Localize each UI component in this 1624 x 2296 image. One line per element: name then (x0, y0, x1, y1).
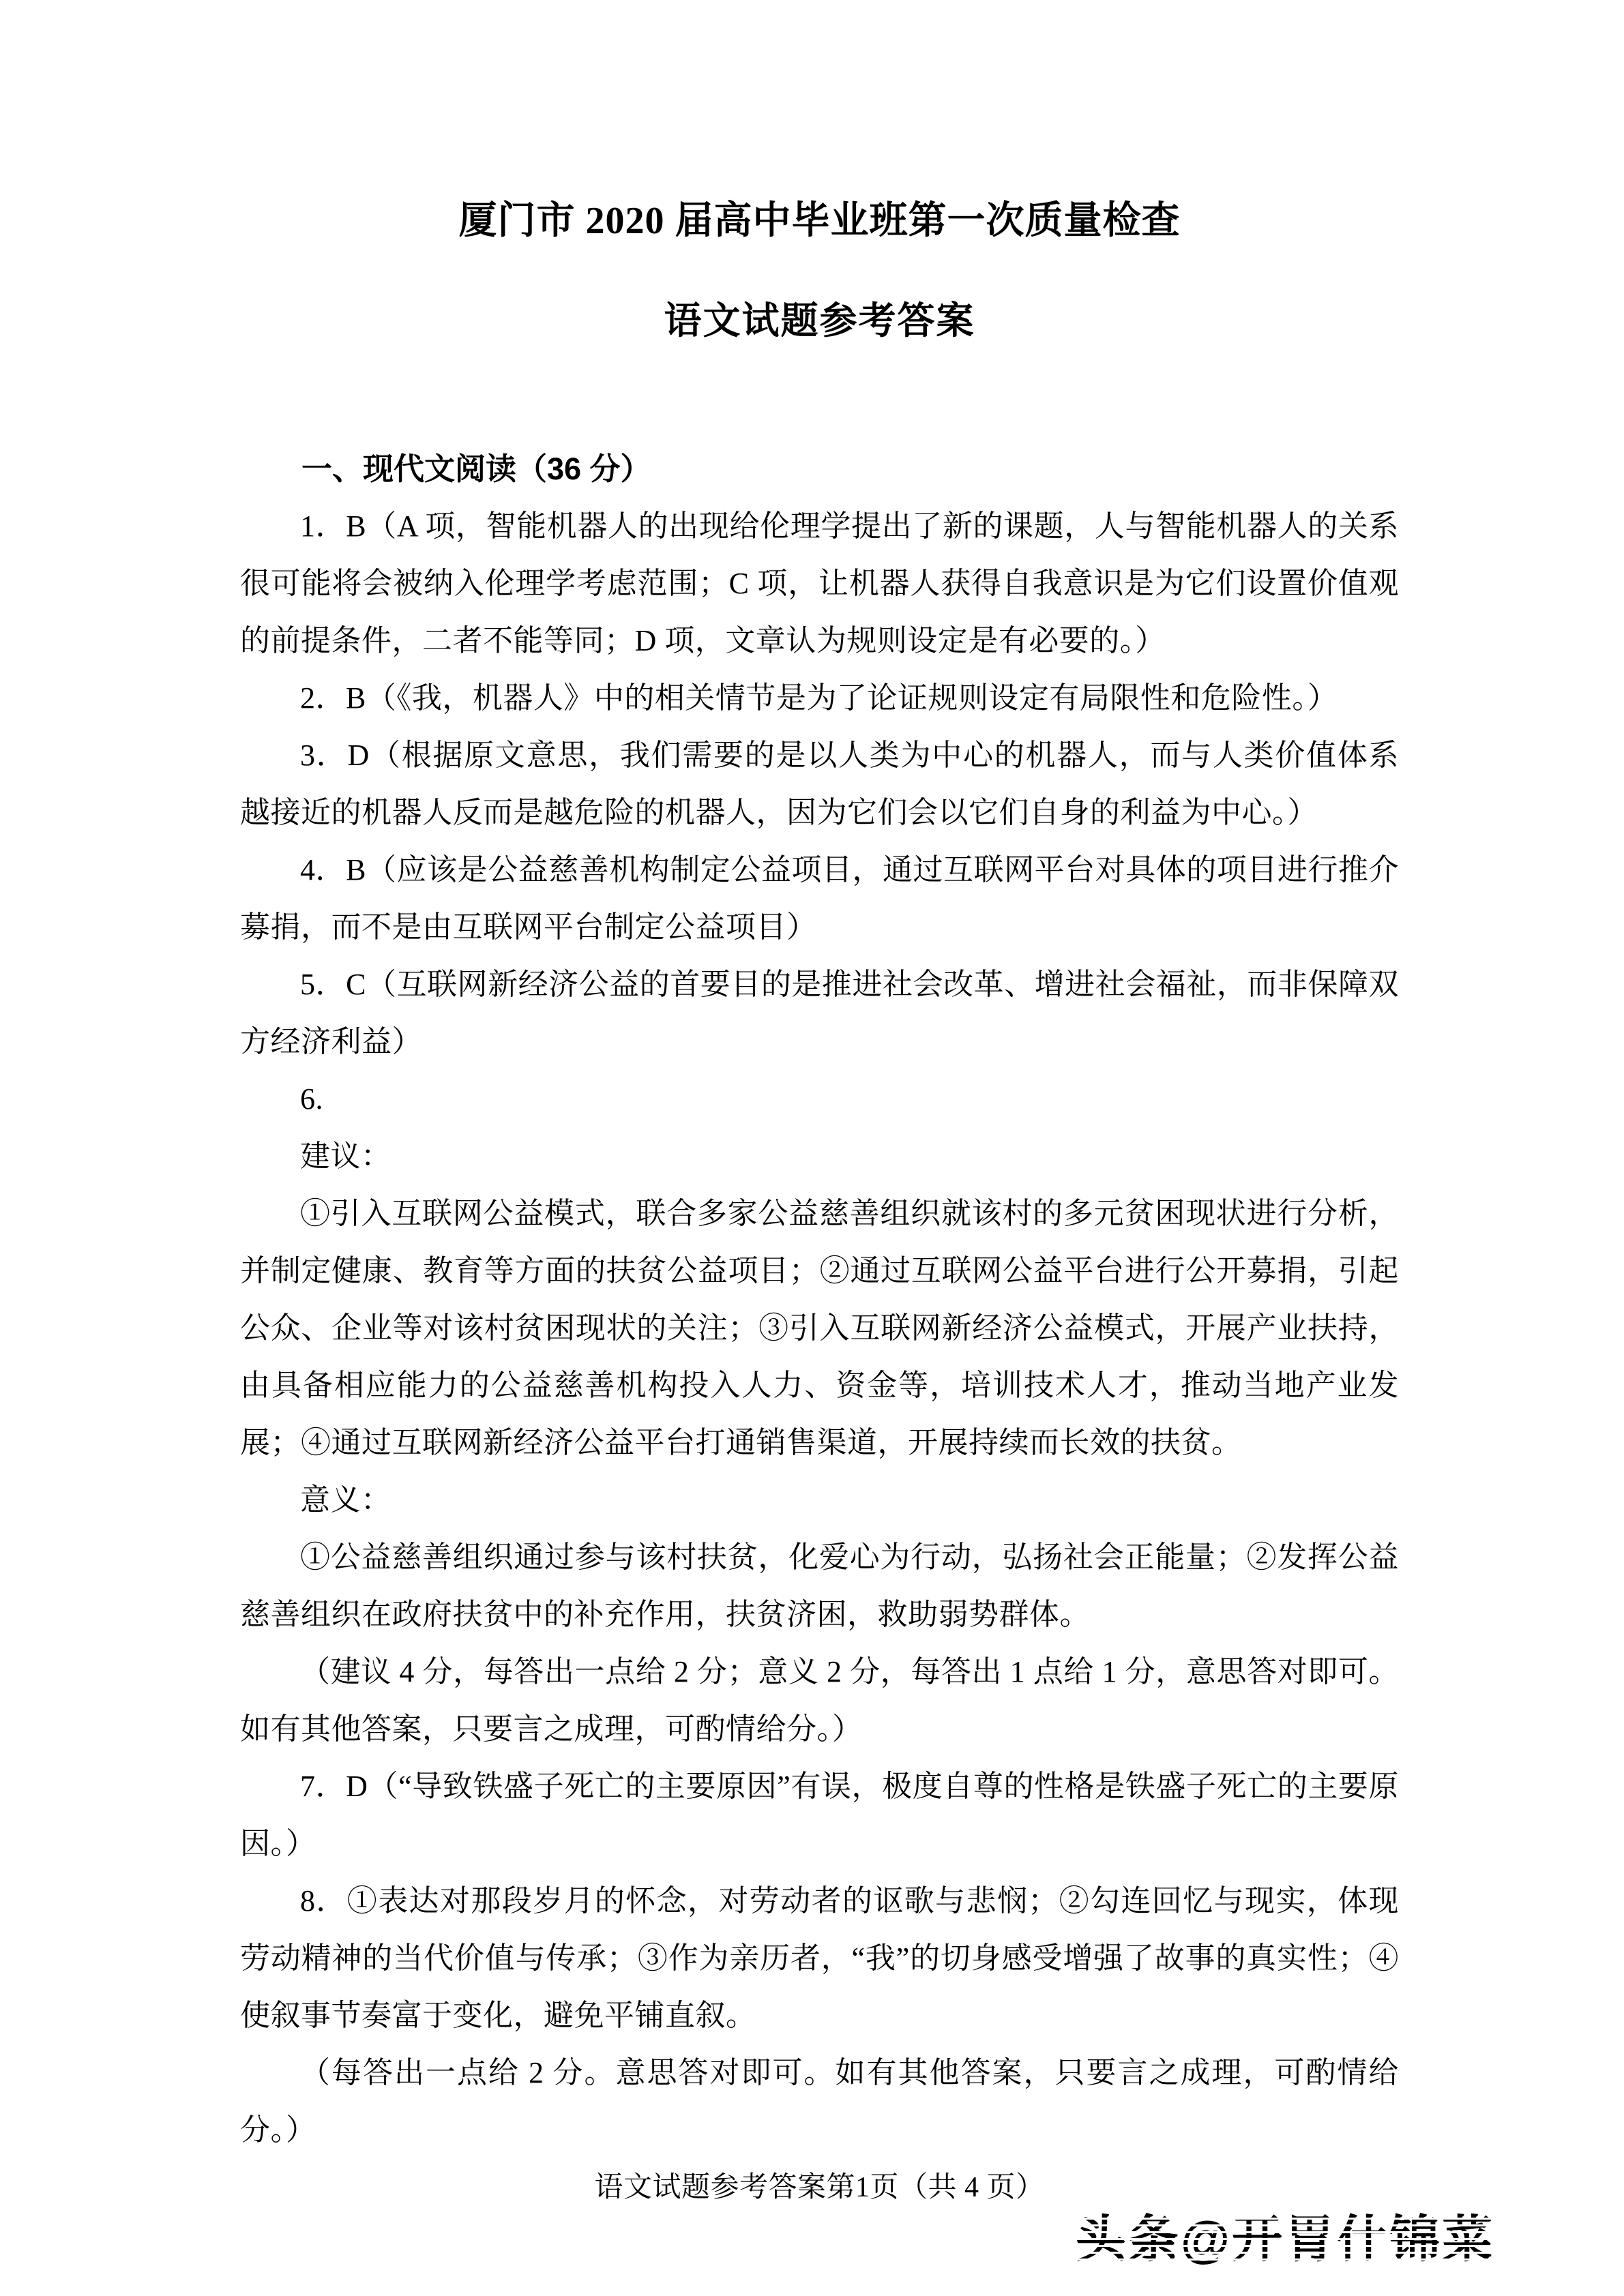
answer-paragraph-q6-number: 6. (240, 1071, 1399, 1128)
answer-paragraph-q8-scoring-note: （每答出一点给 2 分。意思答对即可。如有其他答案，只要言之成理，可酌情给分。） (240, 2044, 1399, 2159)
toutiao-watermark: 头条@开胃什锦菜 (1076, 2213, 1494, 2266)
answer-paragraph-q6-suggestions: ①引入互联网公益模式，联合多家公益慈善组织就该村的多元贫困现状进行分析，并制定健… (240, 1185, 1399, 1472)
answer-paragraph-q6-scoring-note: （建议 4 分，每答出一点给 2 分；意义 2 分，每答出 1 点给 1 分，意… (240, 1643, 1399, 1758)
answer-paragraph-q7: 7．D（“导致铁盛子死亡的主要原因”有误，极度自尊的性格是铁盛子死亡的主要原因。… (240, 1758, 1399, 1873)
answer-paragraph-q3: 3．D（根据原文意思，我们需要的是以人类为中心的机器人，而与人类价值体系越接近的… (240, 727, 1399, 841)
document-page: 厦门市 2020 届高中毕业班第一次质量检查 语文试题参考答案 一、现代文阅读（… (0, 0, 1624, 2296)
document-content: 厦门市 2020 届高中毕业班第一次质量检查 语文试题参考答案 一、现代文阅读（… (240, 0, 1399, 2216)
answer-paragraph-q2: 2．B（《我，机器人》中的相关情节是为了论证规则设定有局限性和危险性。） (240, 670, 1399, 727)
document-title: 厦门市 2020 届高中毕业班第一次质量检查 (240, 0, 1399, 243)
answer-paragraph-q8: 8．①表达对那段岁月的怀念，对劳动者的讴歌与悲悯；②勾连回忆与现实，体现劳动精神… (240, 1873, 1399, 2044)
answer-paragraph-q6-meanings: ①公益慈善组织通过参与该村扶贫，化爱心为行动，弘扬社会正能量；②发挥公益慈善组织… (240, 1529, 1399, 1643)
answer-paragraph-q4: 4．B（应该是公益慈善机构制定公益项目，通过互联网平台对具体的项目进行推介募捐，… (240, 841, 1399, 956)
answer-paragraph-q1: 1．B（A 项，智能机器人的出现给伦理学提出了新的课题，人与智能机器人的关系很可… (240, 498, 1399, 670)
document-subtitle: 语文试题参考答案 (240, 300, 1399, 341)
answer-paragraph-q5: 5．C（互联网新经济公益的首要目的是推进社会改革、增进社会福祉，而非保障双方经济… (240, 956, 1399, 1071)
page-number-footer: 语文试题参考答案第1页（共 4 页） (240, 2159, 1399, 2216)
section-heading-modern-reading: 一、现代文阅读（36 分） (240, 441, 1399, 498)
answer-paragraph-q6-meaning-label: 意义： (240, 1472, 1399, 1529)
answer-paragraph-q6-suggestion-label: 建议： (240, 1128, 1399, 1185)
